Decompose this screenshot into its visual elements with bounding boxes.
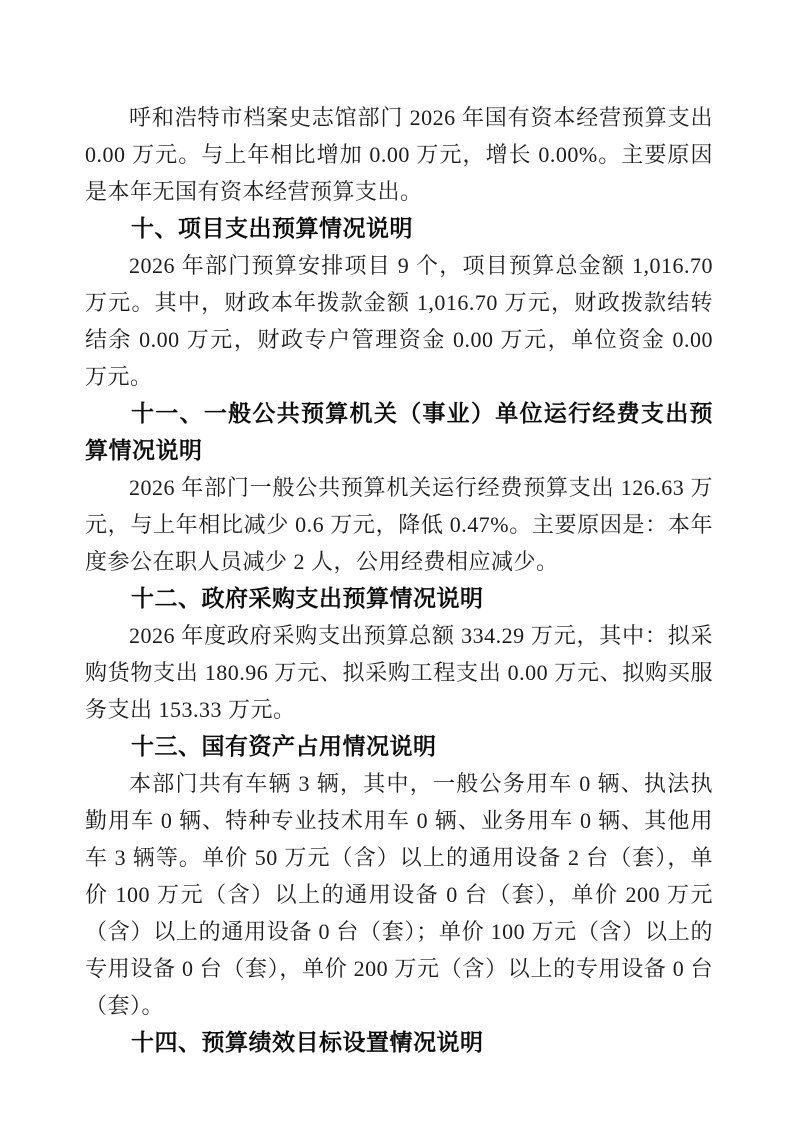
para-operating-expense: 2026 年部门一般公共预算机关运行经费预算支出 126.63 万元，与上年相比… [85,469,713,580]
document-page: 呼和浩特市档案史志馆部门 2026 年国有资本经营预算支出 0.00 万元。与上… [0,0,793,1122]
page-footer: 14 [0,1030,793,1052]
para-state-assets: 本部门共有车辆 3 辆，其中，一般公务用车 0 辆、执法执勤用车 0 辆、特种专… [85,765,713,1024]
para-state-capital-budget: 呼和浩特市档案史志馆部门 2026 年国有资本经营预算支出 0.00 万元。与上… [85,99,713,210]
document-body: 呼和浩特市档案史志馆部门 2026 年国有资本经营预算支出 0.00 万元。与上… [85,99,713,1061]
heading-section-10-project-expense: 十、项目支出预算情况说明 [85,210,713,247]
heading-section-13-state-assets: 十三、国有资产占用情况说明 [85,728,713,765]
para-procurement-budget: 2026 年度政府采购支出预算总额 334.29 万元，其中：拟采购货物支出 1… [85,617,713,728]
heading-section-11-operating-expense: 十一、一般公共预算机关（事业）单位运行经费支出预算情况说明 [85,395,713,469]
heading-section-12-procurement: 十二、政府采购支出预算情况说明 [85,580,713,617]
page-number: 14 [388,1031,405,1050]
para-project-budget: 2026 年部门预算安排项目 9 个，项目预算总金额 1,016.70 万元。其… [85,247,713,395]
